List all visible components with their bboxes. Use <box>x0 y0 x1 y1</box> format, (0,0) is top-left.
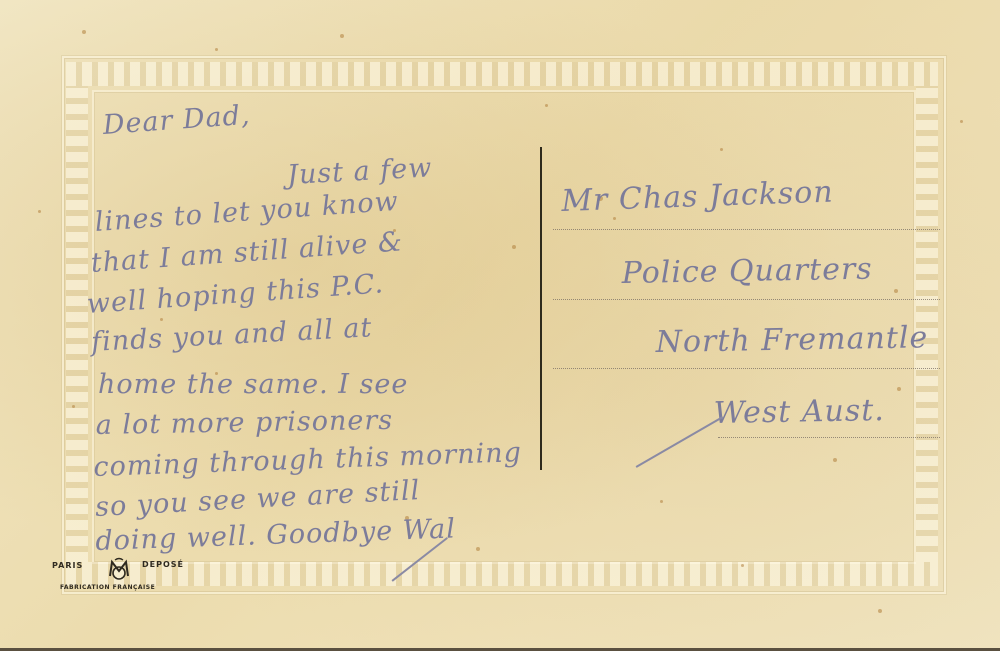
message-line: home the same. I see <box>98 369 408 400</box>
foxing-spot <box>960 120 963 123</box>
monogram-logo-icon <box>106 556 132 582</box>
address-line: North Fremantle <box>655 320 928 360</box>
address-line: West Aust. <box>713 393 885 431</box>
embossed-band-left <box>66 86 88 562</box>
imprint-paris: PARIS <box>52 561 83 570</box>
address-rule-3 <box>553 368 940 369</box>
address-rule-2 <box>553 299 940 300</box>
foxing-spot <box>613 217 616 220</box>
address-rule-1 <box>553 229 940 230</box>
foxing-spot <box>72 405 75 408</box>
foxing-spot <box>476 547 480 551</box>
message-line: a lot more prisoners <box>95 405 393 441</box>
foxing-spot <box>38 210 41 213</box>
foxing-spot <box>897 387 901 391</box>
foxing-spot <box>833 458 837 462</box>
embossed-band-top <box>66 62 938 86</box>
foxing-spot <box>660 500 663 503</box>
foxing-spot <box>720 148 723 151</box>
divider-line <box>540 147 542 470</box>
foxing-spot <box>512 245 516 249</box>
embossed-band-bottom <box>66 562 938 586</box>
foxing-spot <box>545 104 548 107</box>
foxing-spot <box>160 318 163 321</box>
postcard-back: Dear Dad, Just a few lines to let you kn… <box>0 0 1000 651</box>
imprint-depose: DEPOSÉ <box>142 560 184 569</box>
foxing-spot <box>894 289 898 293</box>
foxing-spot <box>215 48 218 51</box>
imprint-fabrication: FABRICATION FRANÇAISE <box>60 584 155 591</box>
address-line: Police Quarters <box>621 252 873 291</box>
foxing-spot <box>340 34 344 38</box>
foxing-spot <box>82 30 86 34</box>
foxing-spot <box>878 609 882 613</box>
address-rule-4 <box>718 437 940 438</box>
foxing-spot <box>741 564 744 567</box>
